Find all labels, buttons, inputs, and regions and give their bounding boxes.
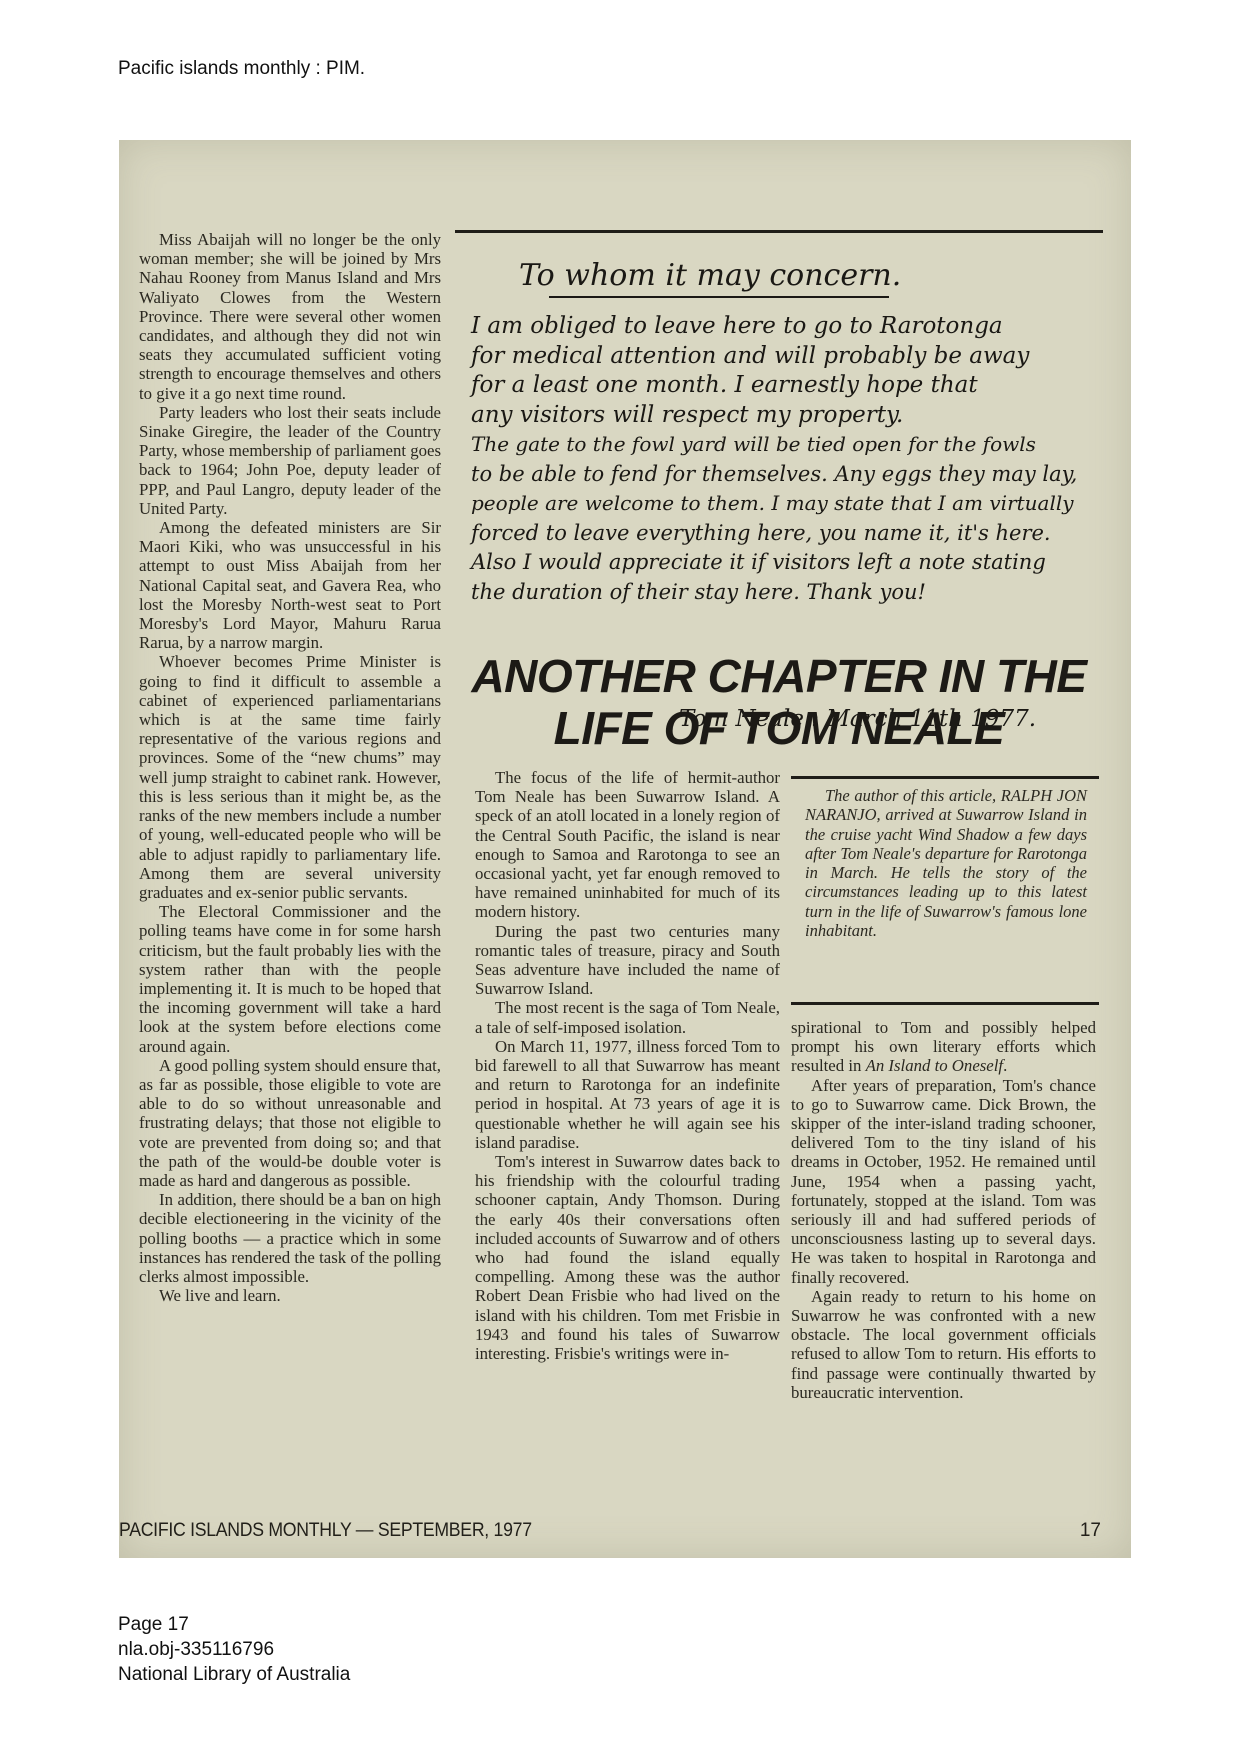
author-blurb: The author of this article, RALPH JON NA… bbox=[805, 786, 1087, 940]
author-box-top-rule bbox=[791, 776, 1099, 779]
paragraph: spirational to Tom and possibly helped p… bbox=[791, 1018, 1096, 1076]
paragraph: A good polling system should ensure that… bbox=[139, 1056, 441, 1190]
note-line: people are welcome to them. I may state … bbox=[471, 489, 1111, 519]
note-line: to be able to fend for themselves. Any e… bbox=[471, 460, 1111, 490]
paragraph: In addition, there should be a ban on hi… bbox=[139, 1190, 441, 1286]
article-headline: ANOTHER CHAPTER IN THE LIFE OF TOM NEALE bbox=[449, 650, 1109, 754]
paragraph: Tom's interest in Suwarrow dates back to… bbox=[475, 1152, 780, 1363]
note-line: any visitors will respect my property. bbox=[471, 401, 1111, 431]
object-id: nla.obj-335116796 bbox=[118, 1637, 350, 1662]
note-line: Also I would appreciate it if visitors l… bbox=[471, 548, 1111, 578]
paragraph: Among the defeated ministers are Sir Mao… bbox=[139, 518, 441, 652]
middle-column-article: The focus of the life of hermit-author T… bbox=[475, 768, 780, 1363]
page-label: Page 17 bbox=[118, 1612, 350, 1637]
note-line: for medical attention and will probably … bbox=[471, 342, 1111, 372]
note-greeting: To whom it may concern. bbox=[519, 258, 901, 293]
left-column-article: Miss Abaijah will no longer be the only … bbox=[139, 230, 441, 1305]
greeting-underline bbox=[549, 296, 889, 298]
paragraph: We live and learn. bbox=[139, 1286, 441, 1305]
note-line: The gate to the fowl yard will be tied o… bbox=[471, 430, 1111, 460]
book-title: An Island to Oneself bbox=[866, 1056, 1004, 1075]
right-column-article: spirational to Tom and possibly helped p… bbox=[791, 1018, 1096, 1402]
page-number: 17 bbox=[1080, 1520, 1101, 1542]
paragraph: Party leaders who lost their seats inclu… bbox=[139, 403, 441, 518]
continuation-text: . bbox=[1003, 1056, 1007, 1075]
note-line: I am obliged to leave here to go to Raro… bbox=[471, 312, 1111, 342]
paragraph: During the past two centuries many roman… bbox=[475, 922, 780, 999]
paragraph: The focus of the life of hermit-author T… bbox=[475, 768, 780, 922]
note-body: I am obliged to leave here to go to Raro… bbox=[471, 312, 1111, 607]
paragraph: On March 11, 1977, illness forced Tom to… bbox=[475, 1037, 780, 1152]
paragraph: After years of preparation, Tom's chance… bbox=[791, 1076, 1096, 1287]
headline-line: LIFE OF TOM NEALE bbox=[449, 702, 1109, 754]
note-line: for a least one month. I earnestly hope … bbox=[471, 371, 1111, 401]
author-box-bottom-rule bbox=[791, 1002, 1099, 1005]
paragraph: Again ready to return to his home on Suw… bbox=[791, 1287, 1096, 1402]
headline-line: ANOTHER CHAPTER IN THE bbox=[449, 650, 1109, 702]
paragraph: The Electoral Commissioner and the polli… bbox=[139, 902, 441, 1056]
page-footer: PACIFIC ISLANDS MONTHLY — SEPTEMBER, 197… bbox=[119, 1520, 1131, 1550]
paragraph: Whoever becomes Prime Minister is going … bbox=[139, 652, 441, 902]
note-line: the duration of their stay here. Thank y… bbox=[471, 578, 1111, 608]
paragraph: The most recent is the saga of Tom Neale… bbox=[475, 998, 780, 1036]
top-divider-rule bbox=[455, 230, 1103, 233]
scanned-page: Miss Abaijah will no longer be the only … bbox=[119, 140, 1131, 1558]
institution-name: National Library of Australia bbox=[118, 1662, 350, 1687]
catalog-metadata: Page 17 nla.obj-335116796 National Libra… bbox=[118, 1612, 350, 1687]
paragraph: Miss Abaijah will no longer be the only … bbox=[139, 230, 441, 403]
note-line: forced to leave everything here, you nam… bbox=[471, 519, 1111, 549]
document-title: Pacific islands monthly : PIM. bbox=[118, 58, 365, 80]
publication-line: PACIFIC ISLANDS MONTHLY — SEPTEMBER, 197… bbox=[119, 1520, 532, 1542]
